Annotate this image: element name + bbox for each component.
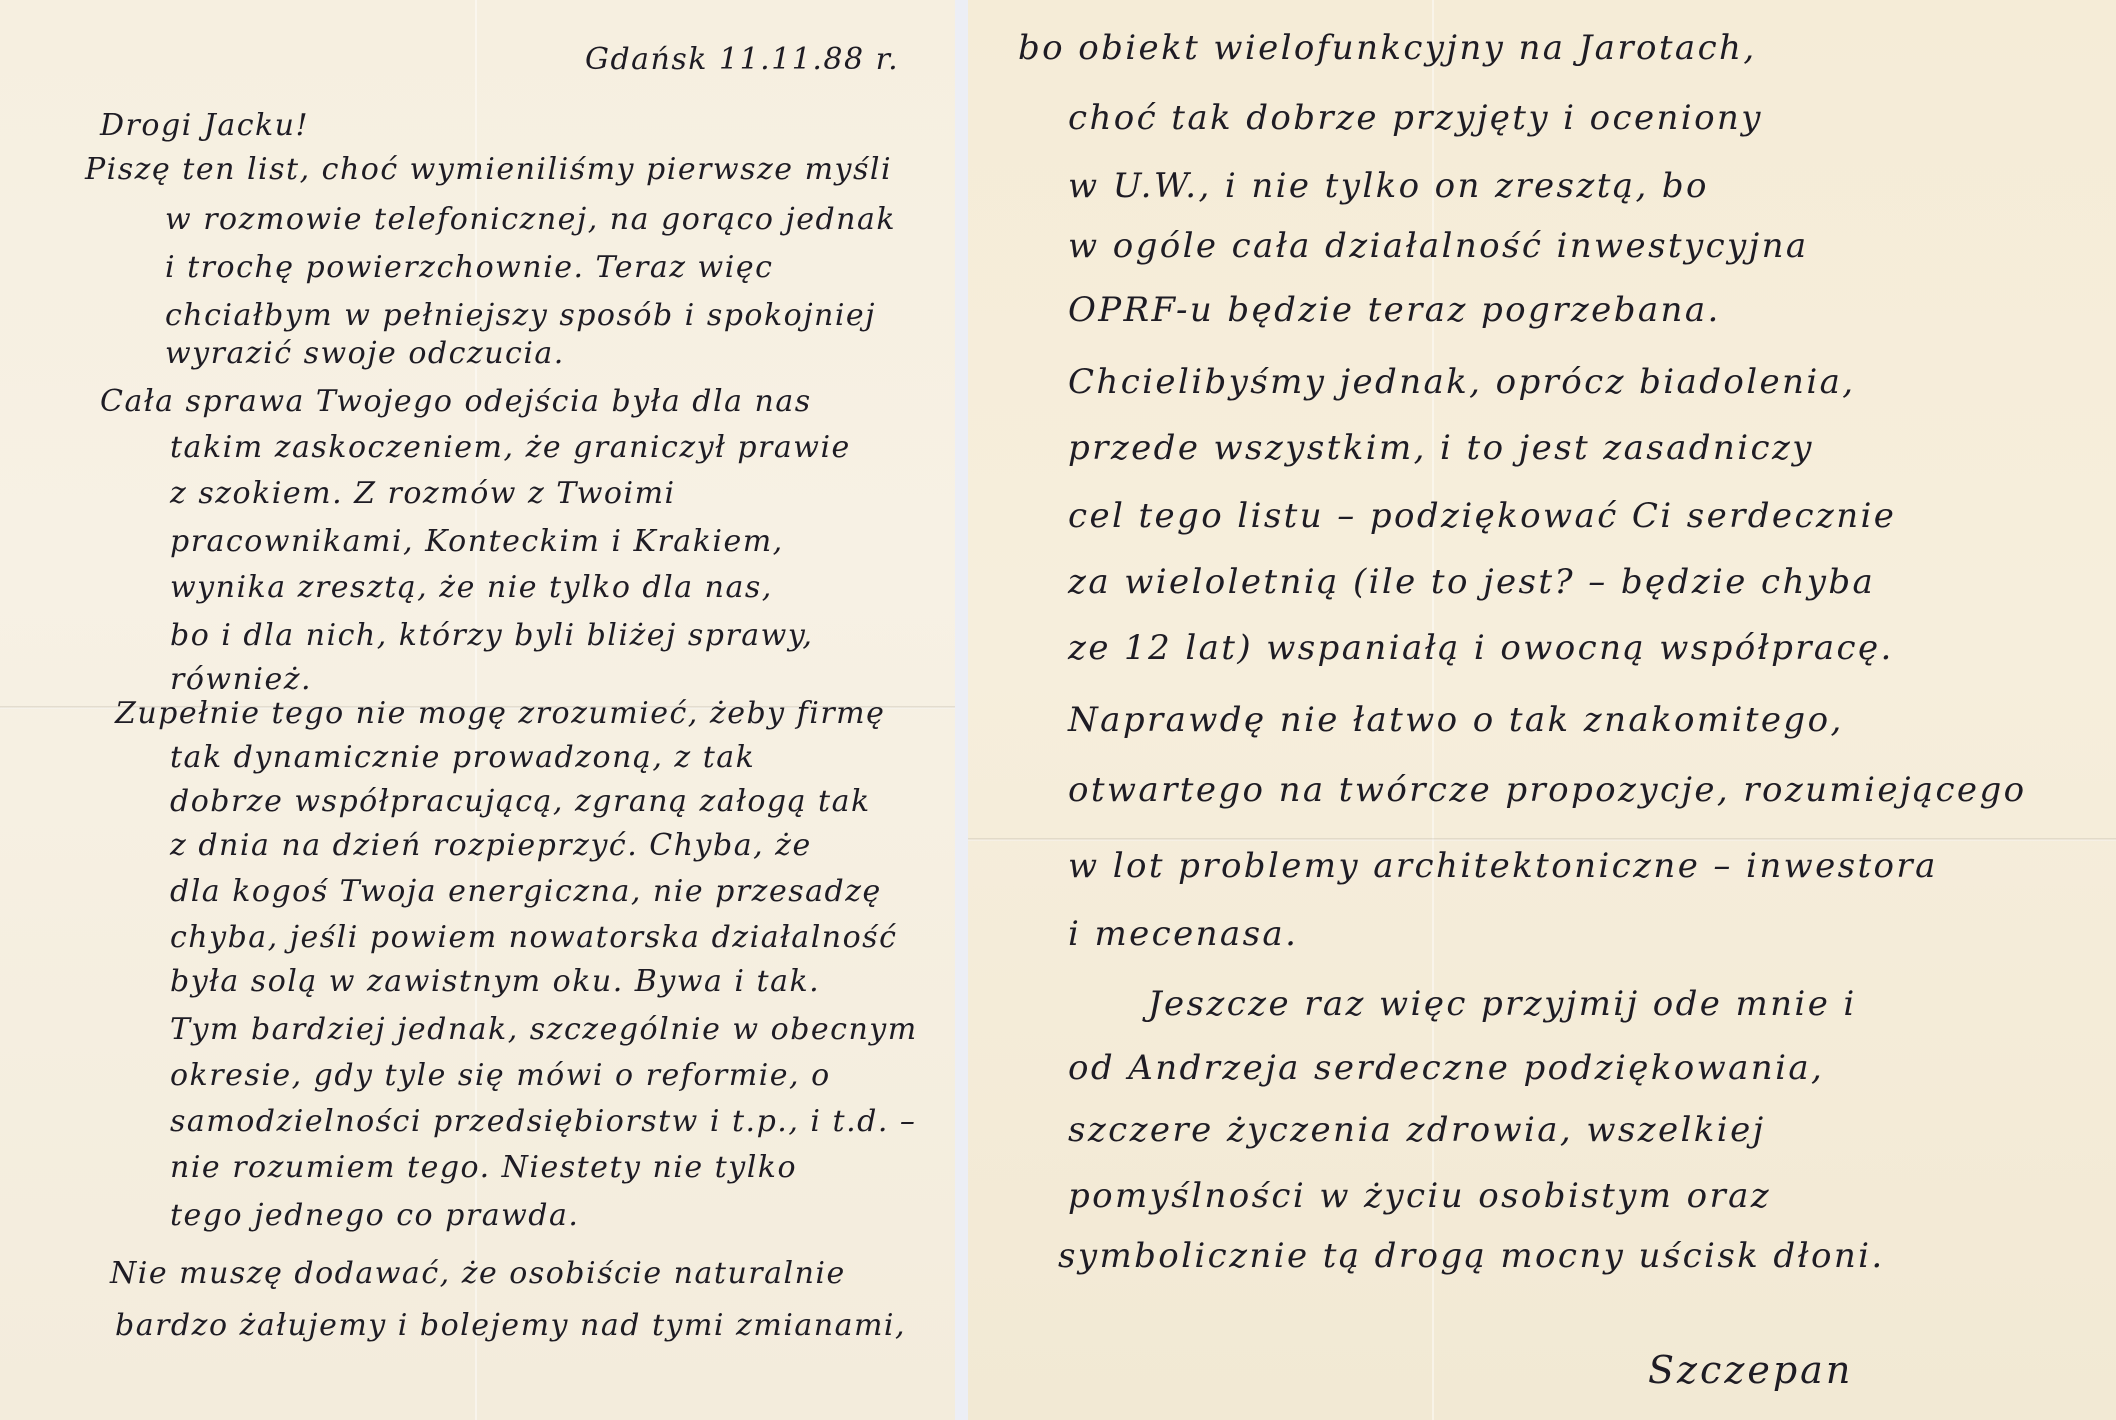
letter-line: samodzielności przedsiębiorstw i t.p., i…	[170, 1102, 916, 1142]
letter-line: Tym bardziej jednak, szczególnie w obecn…	[170, 1010, 918, 1050]
letter-line: bardzo żałujemy i bolejemy nad tymi zmia…	[115, 1306, 906, 1346]
letter-line: symbolicznie tą drogą mocny uścisk dłoni…	[1058, 1236, 1885, 1276]
letter-line: OPRF-u będzie teraz pogrzebana.	[1068, 290, 1721, 330]
letter-line: nie rozumiem tego. Niestety nie tylko	[170, 1148, 797, 1188]
letter-line: pracownikami, Konteckim i Krakiem,	[170, 522, 784, 562]
letter-line: Cała sprawa Twojego odejścia była dla na…	[100, 382, 812, 422]
letter-line: dobrze współpracującą, zgraną załogą tak	[170, 782, 871, 822]
letter-line: była solą w zawistnym oku. Bywa i tak.	[170, 962, 820, 1002]
letter-line: Jeszcze raz więc przyjmij ode mnie i	[1148, 984, 1857, 1024]
letter-page-right: bo obiekt wielofunkcyjny na Jarotach, ch…	[968, 0, 2116, 1420]
paper-fold-horizontal	[968, 838, 2116, 841]
letter-line: z dnia na dzień rozpieprzyć. Chyba, że	[170, 826, 812, 866]
letter-page-left: Gdańsk 11.11.88 r. Drogi Jacku! Piszę te…	[0, 0, 955, 1420]
letter-line: tego jednego co prawda.	[170, 1196, 579, 1236]
letter-line: Naprawdę nie łatwo o tak znakomitego,	[1068, 700, 1844, 740]
letter-line: bo i dla nich, którzy byli bliżej sprawy…	[170, 616, 813, 656]
letter-line: przede wszystkim, i to jest zasadniczy	[1068, 428, 1814, 468]
letter-line: w ogóle cała działalność inwestycyjna	[1068, 226, 1809, 266]
letter-line: chciałbym w pełniejszy sposób i spokojni…	[165, 296, 876, 336]
letter-line: cel tego listu – podziękować Ci serdeczn…	[1068, 496, 1896, 536]
letter-line: otwartego na twórcze propozycje, rozumie…	[1068, 770, 2026, 810]
letter-line: choć tak dobrze przyjęty i oceniony	[1068, 98, 1763, 138]
letter-line: ze 12 lat) wspaniałą i owocną współpracę…	[1068, 628, 1894, 668]
letter-line: dla kogoś Twoja energiczna, nie przesadz…	[170, 872, 882, 912]
letter-line: w rozmowie telefonicznej, na gorąco jedn…	[165, 200, 896, 240]
letter-line: okresie, gdy tyle się mówi o reformie, o	[170, 1056, 831, 1096]
letter-line: tak dynamicznie prowadzoną, z tak	[170, 738, 755, 778]
letter-line: wynika zresztą, że nie tylko dla nas,	[170, 568, 773, 608]
letter-line: Zupełnie tego nie mogę zrozumieć, żeby f…	[115, 694, 885, 734]
salutation: Drogi Jacku!	[100, 106, 309, 146]
letter-line: w lot problemy architektoniczne – inwest…	[1068, 846, 1938, 886]
page-gutter	[955, 0, 968, 1420]
letter-line: pomyślności w życiu osobistym oraz	[1068, 1176, 1771, 1216]
letter-line: bo obiekt wielofunkcyjny na Jarotach,	[1018, 28, 1757, 68]
letter-line: Chcielibyśmy jednak, oprócz biadolenia,	[1068, 362, 1856, 402]
letter-line: Nie muszę dodawać, że osobiście naturaln…	[110, 1254, 846, 1294]
letter-line: i mecenasa.	[1068, 914, 1298, 954]
letter-line: w U.W., i nie tylko on zresztą, bo	[1068, 166, 1709, 206]
letter-line: takim zaskoczeniem, że graniczył prawie	[170, 428, 851, 468]
letter-line: szczere życzenia zdrowia, wszelkiej	[1068, 1110, 1766, 1150]
place-date: Gdańsk 11.11.88 r.	[585, 40, 899, 80]
letter-line: za wieloletnią (ile to jest? – będzie ch…	[1068, 562, 1875, 602]
letter-line: od Andrzeja serdeczne podziękowania,	[1068, 1048, 1824, 1088]
letter-line: wyrazić swoje odczucia.	[165, 334, 565, 374]
letter-line: i trochę powierzchownie. Teraz więc	[165, 248, 773, 288]
letter-line: z szokiem. Z rozmów z Twoimi	[170, 474, 676, 514]
signature: Szczepan	[1648, 1350, 1853, 1390]
letter-line: Piszę ten list, choć wymieniliśmy pierws…	[85, 150, 892, 190]
letter-line: chyba, jeśli powiem nowatorska działalno…	[170, 918, 897, 958]
